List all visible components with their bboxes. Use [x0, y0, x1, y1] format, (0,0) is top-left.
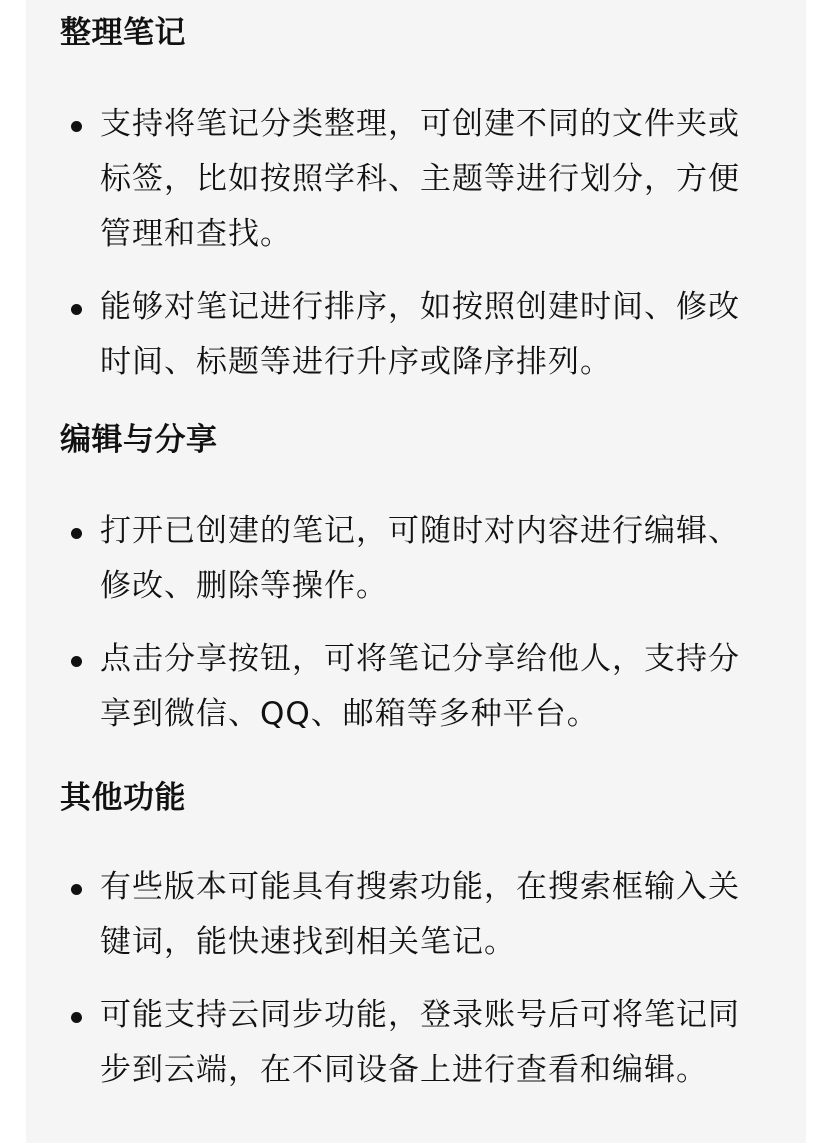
edit-share-list: 打开已创建的笔记，可随时对内容进行编辑、修改、删除等操作。 点击分享按钮，可将笔… — [60, 504, 745, 742]
list-item: 可能支持云同步功能，登录账号后可将笔记同步到云端，在不同设备上进行查看和编辑。 — [60, 988, 745, 1098]
bullet-icon — [71, 1012, 82, 1023]
list-item: 打开已创建的笔记，可随时对内容进行编辑、修改、删除等操作。 — [60, 504, 745, 614]
section-title-other: 其他功能 — [60, 778, 186, 818]
bullet-icon — [71, 121, 82, 132]
section-title-organize: 整理笔记 — [60, 13, 186, 53]
list-item: 点击分享按钮，可将笔记分享给他人，支持分享到微信、QQ、邮箱等多种平台。 — [60, 632, 745, 742]
content-panel: 整理笔记 支持将笔记分类整理，可创建不同的文件夹或标签，比如按照学科、主题等进行… — [26, 0, 806, 1143]
list-item: 能够对笔记进行排序，如按照创建时间、修改时间、标题等进行升序或降序排列。 — [60, 280, 745, 390]
list-item: 支持将笔记分类整理，可创建不同的文件夹或标签，比如按照学科、主题等进行划分，方便… — [60, 97, 745, 262]
list-item-text: 可能支持云同步功能，登录账号后可将笔记同步到云端，在不同设备上进行查看和编辑。 — [100, 988, 745, 1098]
bullet-icon — [71, 304, 82, 315]
bullet-icon — [71, 528, 82, 539]
section-title-edit-share: 编辑与分享 — [60, 420, 218, 460]
other-features-list: 有些版本可能具有搜索功能，在搜索框输入关键词，能快速找到相关笔记。 可能支持云同… — [60, 860, 745, 1098]
list-item-text: 支持将笔记分类整理，可创建不同的文件夹或标签，比如按照学科、主题等进行划分，方便… — [100, 97, 745, 262]
bullet-icon — [71, 884, 82, 895]
bullet-icon — [71, 656, 82, 667]
list-item: 有些版本可能具有搜索功能，在搜索框输入关键词，能快速找到相关笔记。 — [60, 860, 745, 970]
list-item-text: 点击分享按钮，可将笔记分享给他人，支持分享到微信、QQ、邮箱等多种平台。 — [100, 632, 745, 742]
list-item-text: 打开已创建的笔记，可随时对内容进行编辑、修改、删除等操作。 — [100, 504, 745, 614]
list-item-text: 有些版本可能具有搜索功能，在搜索框输入关键词，能快速找到相关笔记。 — [100, 860, 745, 970]
list-item-text: 能够对笔记进行排序，如按照创建时间、修改时间、标题等进行升序或降序排列。 — [100, 280, 745, 390]
organize-list: 支持将笔记分类整理，可创建不同的文件夹或标签，比如按照学科、主题等进行划分，方便… — [60, 97, 745, 390]
